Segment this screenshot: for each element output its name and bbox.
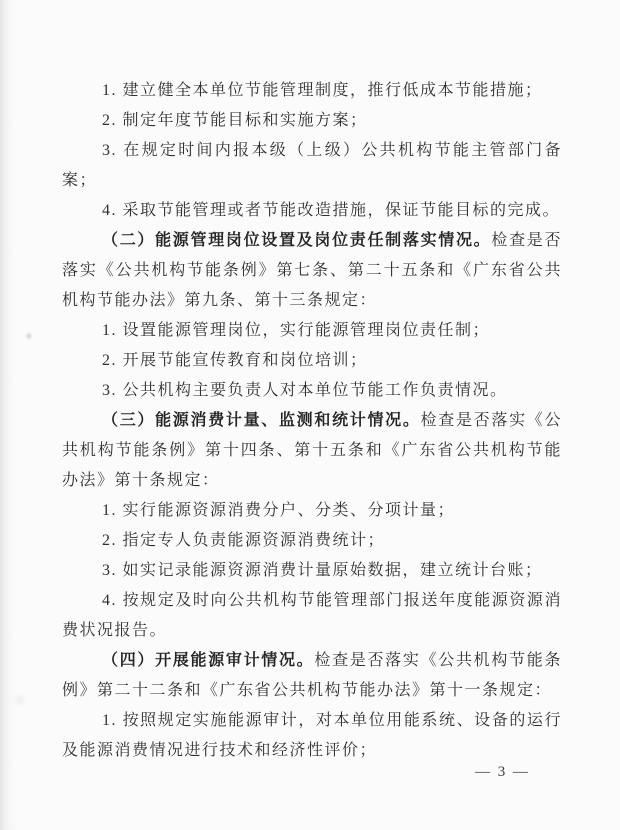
paragraph-text: 1. 按照规定实施能源审计，对本单位用能系统、设备的运行及能源消费情况进行技术和… <box>62 712 562 759</box>
paragraph-text: 2. 开展节能宣传教育和岗位培训； <box>102 352 368 369</box>
paragraph: 3. 如实记录能源资源消费计量原始数据，建立统计台账； <box>62 556 562 586</box>
paragraph: 4. 按规定及时向公共机构节能管理部门报送年度能源资源消费状况报告。 <box>62 586 562 646</box>
paragraph: 2. 指定专人负责能源资源消费统计； <box>62 526 562 556</box>
paragraph: 2. 开展节能宣传教育和岗位培训； <box>62 346 562 376</box>
paragraph: 3. 公共机构主要负责人对本单位节能工作负责情况。 <box>62 376 562 406</box>
paragraph: 1. 设置能源管理岗位，实行能源管理岗位责任制； <box>62 316 562 346</box>
section-heading: （三）能源消费计量、监测和统计情况。 <box>102 412 421 429</box>
paragraph: （三）能源消费计量、监测和统计情况。检查是否落实《公共机构节能条例》第十四条、第… <box>62 406 562 496</box>
paragraph-text: 4. 按规定及时向公共机构节能管理部门报送年度能源资源消费状况报告。 <box>62 592 562 639</box>
paragraph: 1. 建立健全本单位节能管理制度，推行低成本节能措施； <box>62 76 562 106</box>
paragraph-text: 2. 制定年度节能目标和实施方案； <box>102 112 368 129</box>
paragraph-text: 2. 指定专人负责能源资源消费统计； <box>102 532 385 549</box>
page-number: — 3 — <box>475 764 530 781</box>
paragraph: 3. 在规定时间内报本级（上级）公共机构节能主管部门备案； <box>62 136 562 196</box>
section-heading: （二）能源管理岗位设置及岗位责任制落实情况。 <box>102 232 491 249</box>
paragraph-text: 3. 在规定时间内报本级（上级）公共机构节能主管部门备案； <box>62 142 562 189</box>
paragraph-text: 1. 设置能源管理岗位，实行能源管理岗位责任制； <box>102 322 490 339</box>
paragraph: 2. 制定年度节能目标和实施方案； <box>62 106 562 136</box>
paragraph-text: 4. 采取节能管理或者节能改造措施，保证节能目标的完成。 <box>102 202 560 219</box>
section-heading: （四）开展能源审计情况。 <box>102 652 314 669</box>
paragraph-text: 1. 实行能源资源消费分户、分类、分项计量； <box>102 502 455 519</box>
paragraph: 1. 按照规定实施能源审计，对本单位用能系统、设备的运行及能源消费情况进行技术和… <box>62 706 562 766</box>
paragraph: 1. 实行能源资源消费分户、分类、分项计量； <box>62 496 562 526</box>
paragraph: （二）能源管理岗位设置及岗位责任制落实情况。检查是否落实《公共机构节能条例》第七… <box>62 226 562 316</box>
paragraph-text: 3. 如实记录能源资源消费计量原始数据，建立统计台账； <box>102 562 543 579</box>
paragraph-text: 1. 建立健全本单位节能管理制度，推行低成本节能措施； <box>102 82 543 99</box>
paragraph: （四）开展能源审计情况。检查是否落实《公共机构节能条例》第二十二条和《广东省公共… <box>62 646 562 706</box>
paragraph-text: 3. 公共机构主要负责人对本单位节能工作负责情况。 <box>102 382 508 399</box>
paragraph: 4. 采取节能管理或者节能改造措施，保证节能目标的完成。 <box>62 196 562 226</box>
document-body: 1. 建立健全本单位节能管理制度，推行低成本节能措施； 2. 制定年度节能目标和… <box>62 76 562 766</box>
